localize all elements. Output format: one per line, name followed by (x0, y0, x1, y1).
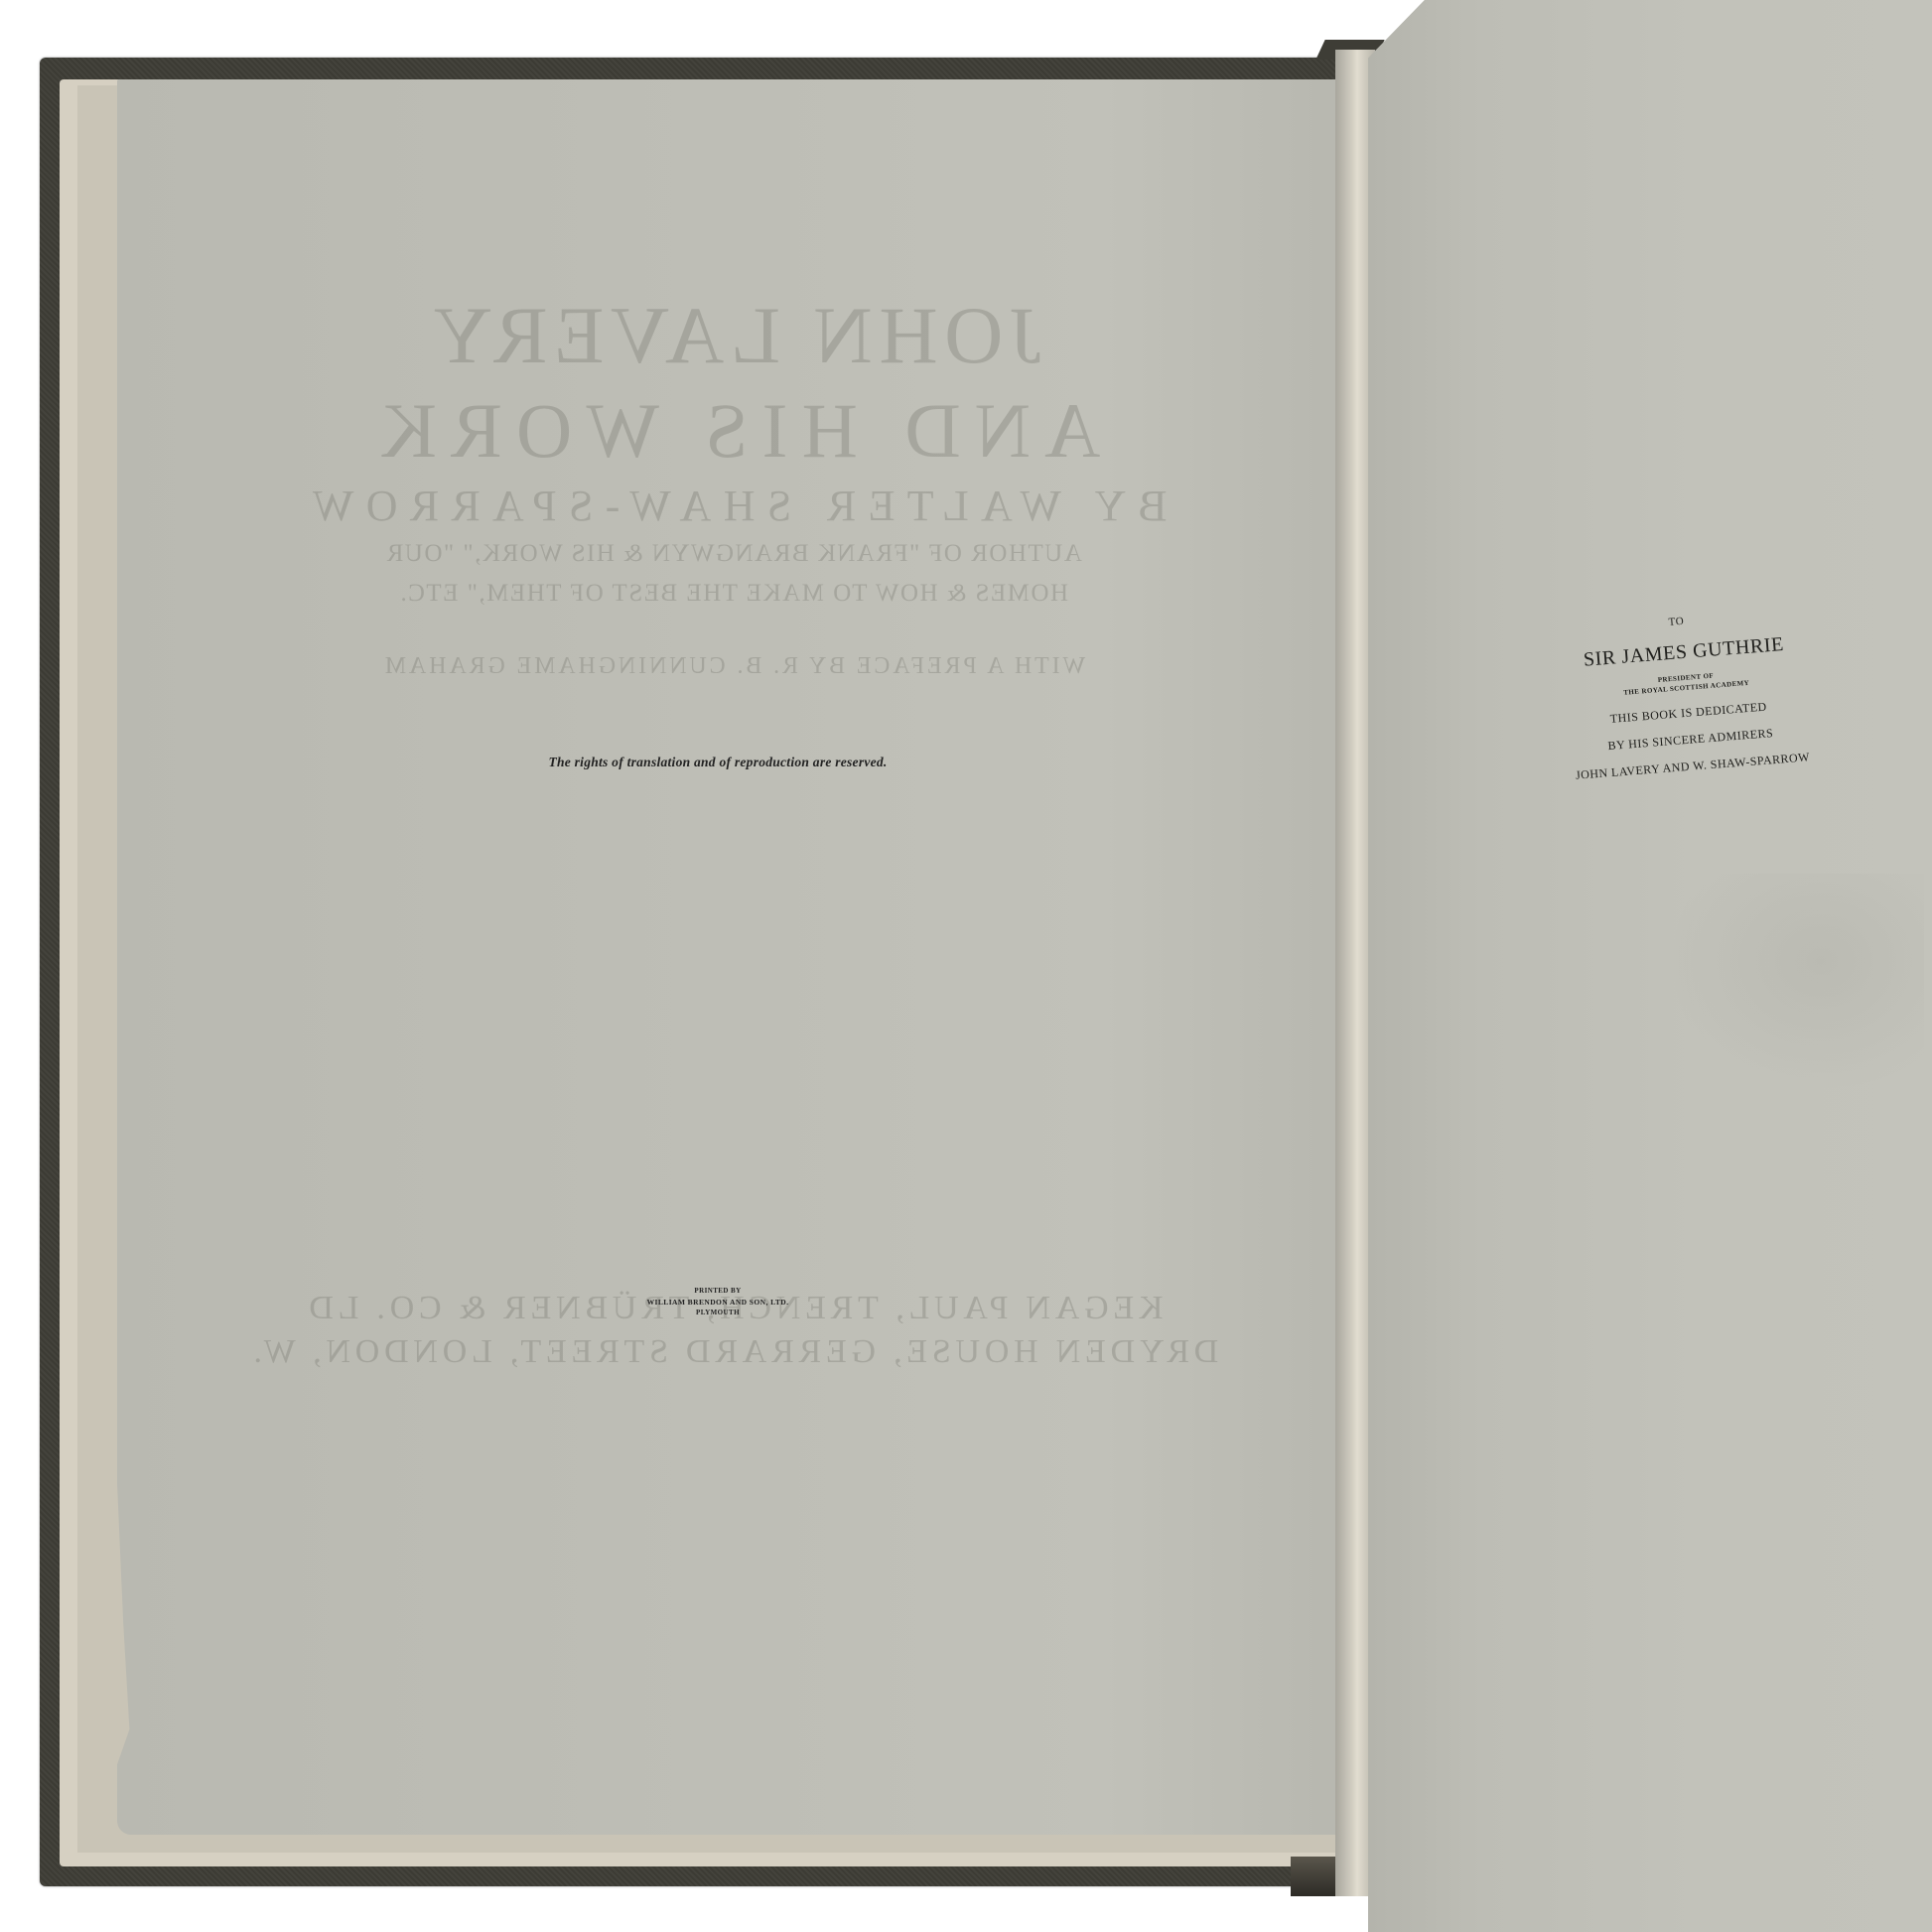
faint-show-through (1666, 874, 1924, 1092)
show-through-title: JOHN LAVERY AND HIS WORK (117, 288, 1350, 479)
show-through-author-line2: HOMES & HOW TO MAKE THE BEST OF THEM," E… (117, 574, 1350, 614)
printer-line1: PRINTED BY (101, 1286, 1334, 1297)
left-page: JOHN LAVERY AND HIS WORK BY WALTER SHAW-… (117, 79, 1350, 1835)
dedication-block: TO SIR JAMES GUTHRIE PRESIDENT OF THE RO… (1537, 605, 1837, 785)
rights-notice: The rights of translation and of reprodu… (101, 755, 1334, 770)
printer-line2: WILLIAM BRENDON AND SON, LTD. (101, 1297, 1334, 1308)
show-through-publisher-line2: DRYDEN HOUSE, GERRARD STREET, LONDON, W. (117, 1330, 1350, 1374)
printer-imprint: PRINTED BY WILLIAM BRENDON AND SON, LTD.… (101, 1286, 1334, 1318)
right-page: TO SIR JAMES GUTHRIE PRESIDENT OF THE RO… (1368, 0, 1932, 1932)
printer-line3: PLYMOUTH (101, 1308, 1334, 1318)
show-through-title-line2: AND HIS WORK (117, 383, 1350, 479)
show-through-author-line1: AUTHOR OF "FRANK BRANGWYN & HIS WORK," "… (117, 534, 1350, 574)
show-through-preface: WITH A PREFACE BY R. B. CUNNINGHAME GRAH… (117, 653, 1350, 680)
show-through-author-credits: AUTHOR OF "FRANK BRANGWYN & HIS WORK," "… (117, 534, 1350, 614)
show-through-title-line1: JOHN LAVERY (117, 288, 1350, 383)
show-through-byline: BY WALTER SHAW-SPARROW (117, 481, 1350, 531)
